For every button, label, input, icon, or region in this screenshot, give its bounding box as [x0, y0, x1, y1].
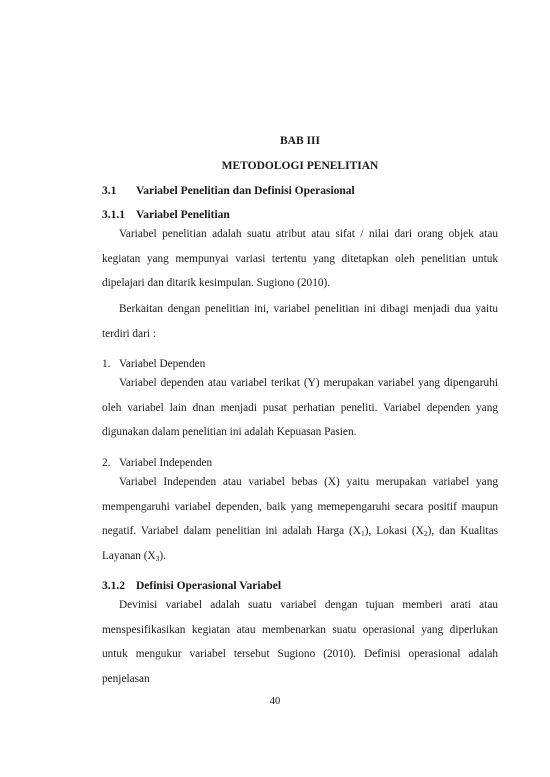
section-number: 3.1: [102, 185, 136, 197]
section-heading-3-1: 3.1Variabel Penelitian dan Definisi Oper…: [102, 185, 498, 197]
chapter-title: METODOLOGI PENELITIAN: [102, 160, 498, 172]
section-number: 3.1.1: [102, 209, 136, 221]
paragraph-variabel-penelitian: Variabel penelitian adalah suatu atribut…: [102, 222, 498, 296]
paragraph-variabel-dependen: Variabel dependen atau variabel terikat …: [102, 371, 498, 445]
page-number: 40: [0, 696, 550, 707]
list-label: Variabel Independen: [119, 457, 212, 469]
list-item-variabel-dependen: 1.Variabel Dependen: [102, 358, 498, 370]
section-heading-3-1-1: 3.1.1Variabel Penelitian: [102, 209, 498, 221]
section-heading-3-1-2: 3.1.2Definisi Operasional Variabel: [102, 580, 498, 592]
paragraph-variabel-independen: Variabel Independen atau variabel bebas …: [102, 470, 498, 568]
chapter-label: BAB III: [102, 135, 498, 147]
section-title: Definisi Operasional Variabel: [136, 580, 281, 592]
list-item-variabel-independen: 2.Variabel Independen: [102, 457, 498, 469]
list-number: 1.: [102, 358, 119, 370]
list-number: 2.: [102, 457, 119, 469]
paragraph-definisi-operasional: Devinisi variabel adalah suatu variabel …: [102, 593, 498, 691]
paragraph-berkaitan: Berkaitan dengan penelitian ini, variabe…: [102, 297, 498, 346]
section-title: Variabel Penelitian dan Definisi Operasi…: [136, 185, 355, 197]
section-number: 3.1.2: [102, 580, 136, 592]
list-label: Variabel Dependen: [119, 358, 205, 370]
section-title: Variabel Penelitian: [136, 209, 230, 221]
